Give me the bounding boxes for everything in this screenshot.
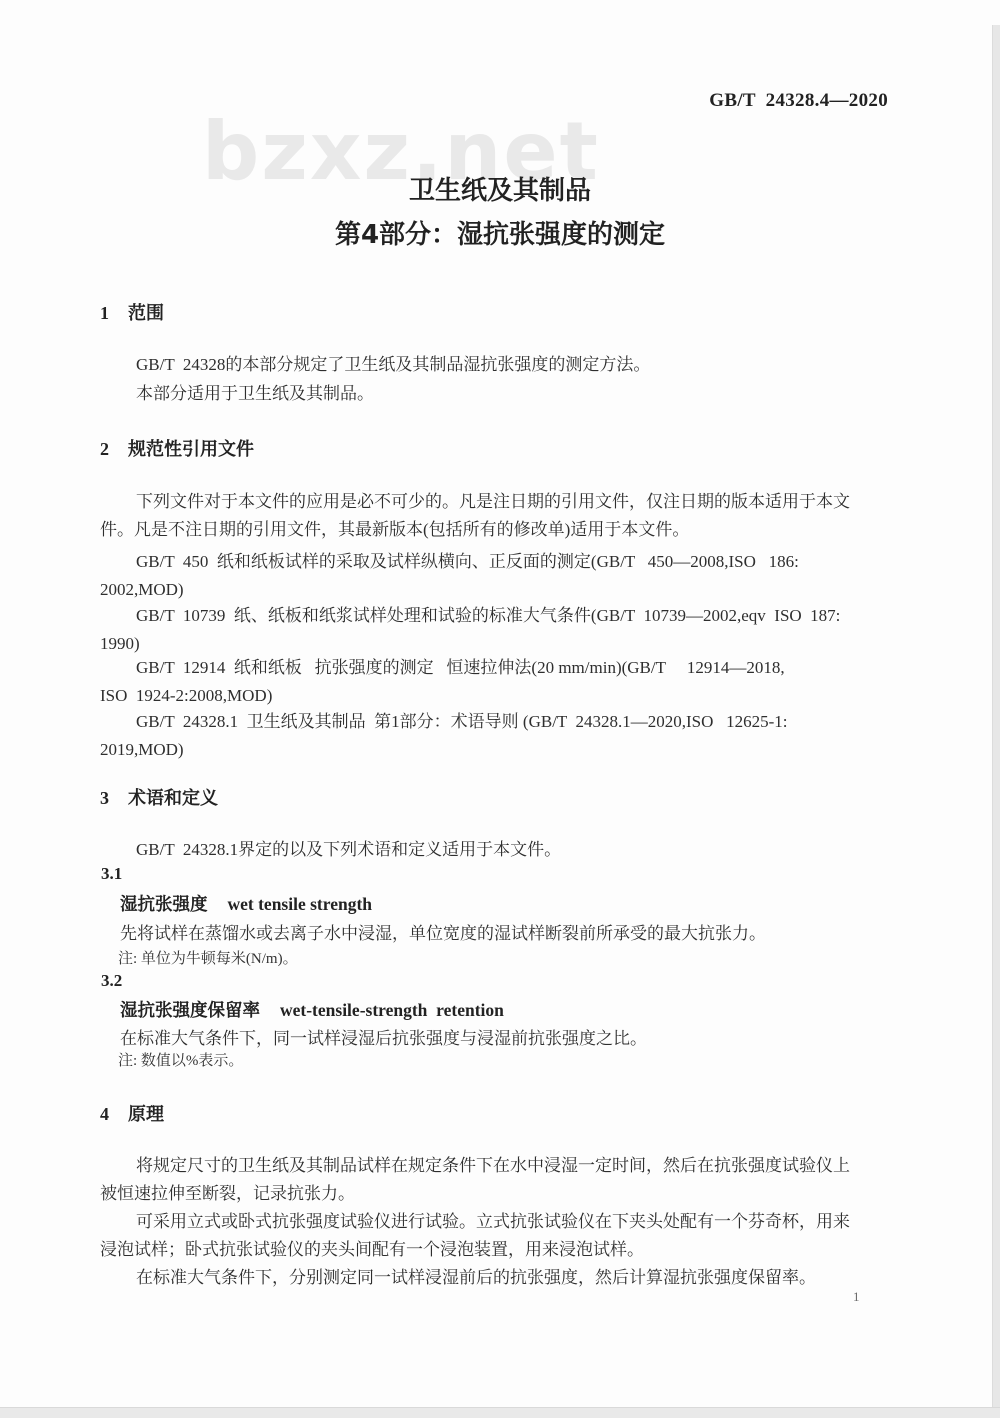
section-4-paragraph-3: 在标准大气条件下，分别测定同一试样浸湿前后的抗张强度，然后计算湿抗张强度保留率。 bbox=[100, 1264, 930, 1292]
document-title-line2: 第4部分：湿抗张强度的测定 bbox=[0, 214, 1000, 251]
normative-reference-4: GB/T 24328.1 卫生纸及其制品 第1部分：术语导则 (GB/T 243… bbox=[100, 708, 930, 764]
section-1-title: 范围 bbox=[128, 303, 164, 324]
section-3-intro: GB/T 24328.1界定的以及下列术语和定义适用于本文件。 bbox=[100, 836, 930, 864]
term-3-1-chinese: 湿抗张强度 bbox=[120, 895, 208, 915]
page-number: 1 bbox=[853, 1289, 860, 1305]
page-content: GB/T 24328.4—2020 卫生纸及其制品 第4部分：湿抗张强度的测定 … bbox=[0, 0, 1000, 1418]
section-4-title: 原理 bbox=[128, 1104, 164, 1125]
section-2-title: 规范性引用文件 bbox=[128, 439, 254, 460]
term-3-1-heading: 湿抗张强度wet tensile strength bbox=[120, 891, 372, 916]
term-3-1-english: wet tensile strength bbox=[228, 894, 373, 914]
section-4-paragraph-2: 可采用立式或卧式抗张强度试验仪进行试验。立式抗张试验仪在下夹头处配有一个芬奇杯，… bbox=[100, 1208, 930, 1264]
term-3-1-label: 3.1 bbox=[101, 864, 122, 884]
term-3-2-label: 3.2 bbox=[101, 971, 122, 991]
section-1-heading: 1范围 bbox=[100, 299, 164, 325]
section-4-paragraph-1: 将规定尺寸的卫生纸及其制品试样在规定条件下在水中浸湿一定时间，然后在抗张强度试验… bbox=[100, 1152, 930, 1208]
standard-code: GB/T 24328.4—2020 bbox=[709, 90, 888, 112]
section-3-title: 术语和定义 bbox=[128, 788, 218, 809]
term-3-1-note: 注: 单位为牛顿每米(N/m)。 bbox=[118, 947, 928, 971]
section-4-heading: 4原理 bbox=[100, 1100, 164, 1126]
section-2-heading: 2规范性引用文件 bbox=[100, 435, 254, 461]
document-title-line1: 卫生纸及其制品 bbox=[0, 170, 1000, 207]
section-2-number: 2 bbox=[100, 439, 128, 460]
term-3-2-note: 注: 数值以%表示。 bbox=[118, 1049, 928, 1073]
section-2-intro: 下列文件对于本文件的应用是必不可少的。凡是注日期的引用文件，仅注日期的版本适用于… bbox=[100, 488, 930, 544]
term-3-2-chinese: 湿抗张强度保留率 bbox=[120, 1001, 260, 1021]
normative-reference-2: GB/T 10739 纸、纸板和纸浆试样处理和试验的标准大气条件(GB/T 10… bbox=[100, 602, 930, 658]
normative-reference-1: GB/T 450 纸和纸板试样的采取及试样纵横向、正反面的测定(GB/T 450… bbox=[100, 548, 930, 604]
section-1-paragraph-1: GB/T 24328的本部分规定了卫生纸及其制品湿抗张强度的测定方法。 bbox=[100, 351, 930, 379]
section-1-number: 1 bbox=[100, 303, 128, 324]
normative-reference-3: GB/T 12914 纸和纸板 抗张强度的测定 恒速拉伸法(20 mm/min)… bbox=[100, 654, 930, 710]
document-page: bzxz.net GB/T 24328.4—2020 卫生纸及其制品 第4部分：… bbox=[0, 0, 1000, 1418]
term-3-1-definition: 先将试样在蒸馏水或去离子水中浸湿，单位宽度的湿试样断裂前所承受的最大抗张力。 bbox=[120, 920, 930, 947]
term-3-2-heading: 湿抗张强度保留率wet-tensile-strength retention bbox=[120, 997, 504, 1022]
term-3-2-english: wet-tensile-strength retention bbox=[280, 1000, 504, 1020]
section-3-number: 3 bbox=[100, 788, 128, 809]
section-1-paragraph-2: 本部分适用于卫生纸及其制品。 bbox=[100, 380, 930, 408]
term-3-2-definition: 在标准大气条件下，同一试样浸湿后抗张强度与浸湿前抗张强度之比。 bbox=[120, 1025, 930, 1052]
section-4-number: 4 bbox=[100, 1104, 128, 1125]
section-3-heading: 3术语和定义 bbox=[100, 784, 218, 810]
